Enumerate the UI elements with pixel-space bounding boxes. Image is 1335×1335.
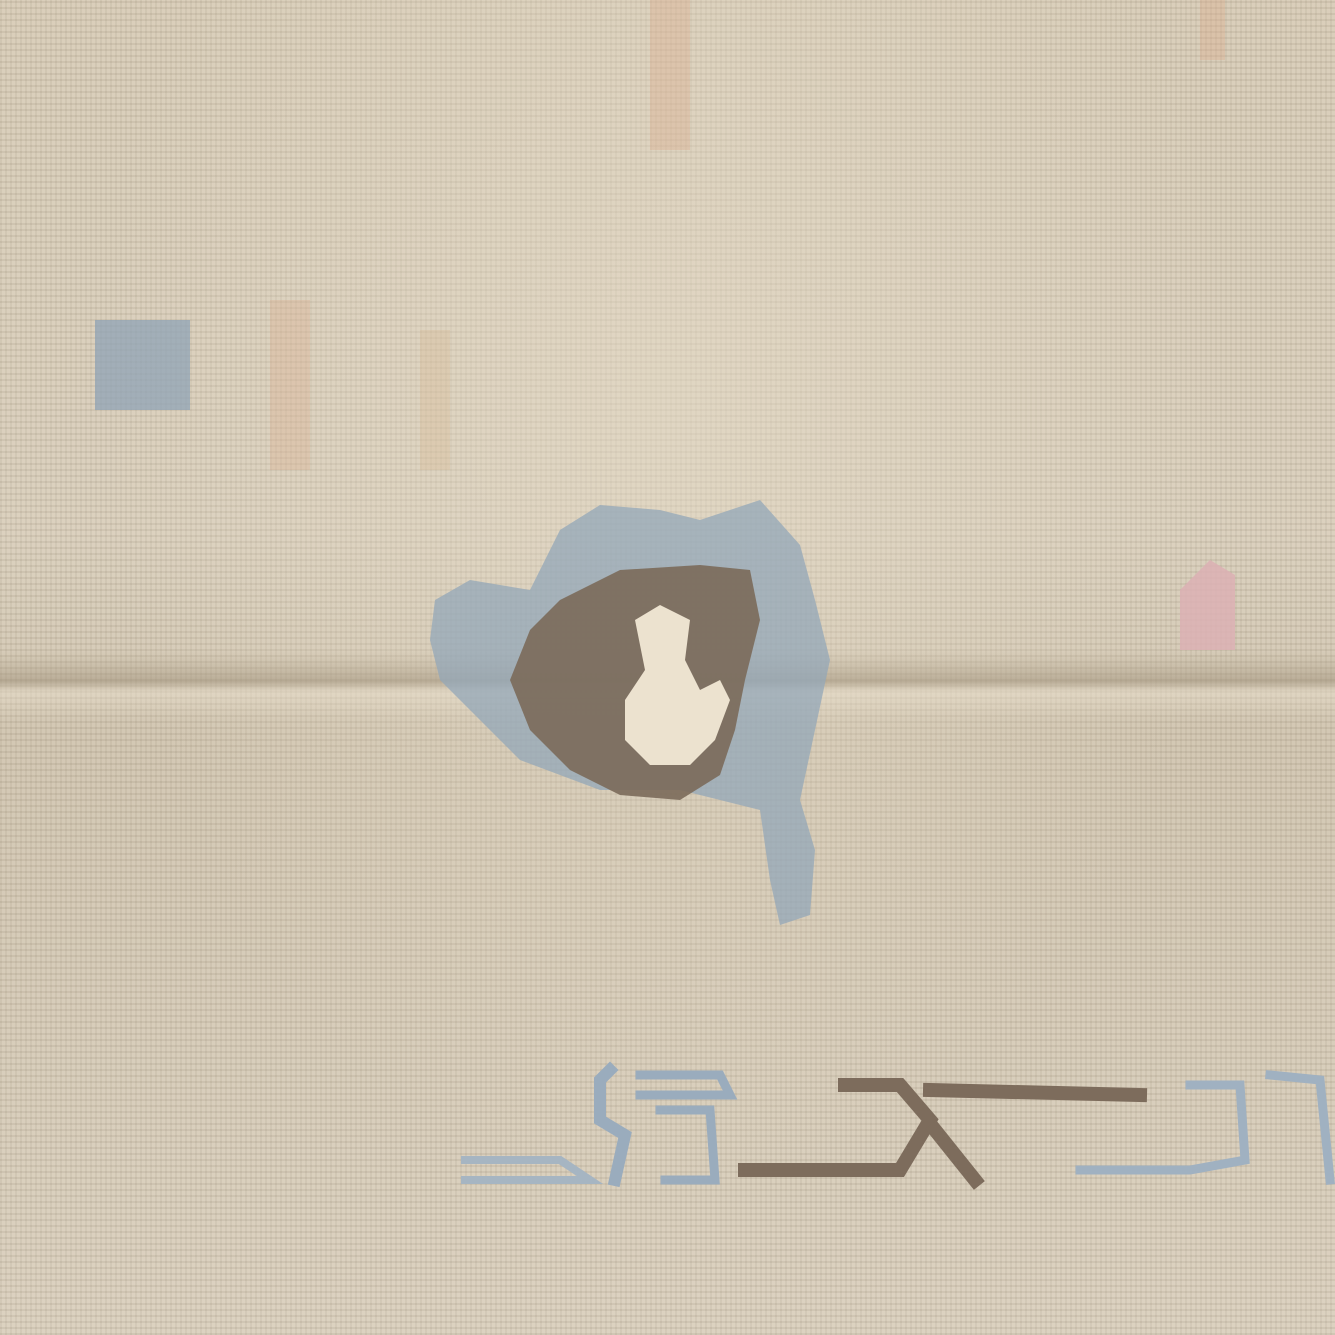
faded-streaks [270, 0, 1225, 470]
pink-patch-motif [1180, 560, 1235, 650]
border-fret-motifs [465, 1070, 1330, 1180]
rug-photo [0, 0, 1335, 1335]
rug-motifs [0, 0, 1335, 1335]
blue-square-motif [95, 320, 190, 410]
